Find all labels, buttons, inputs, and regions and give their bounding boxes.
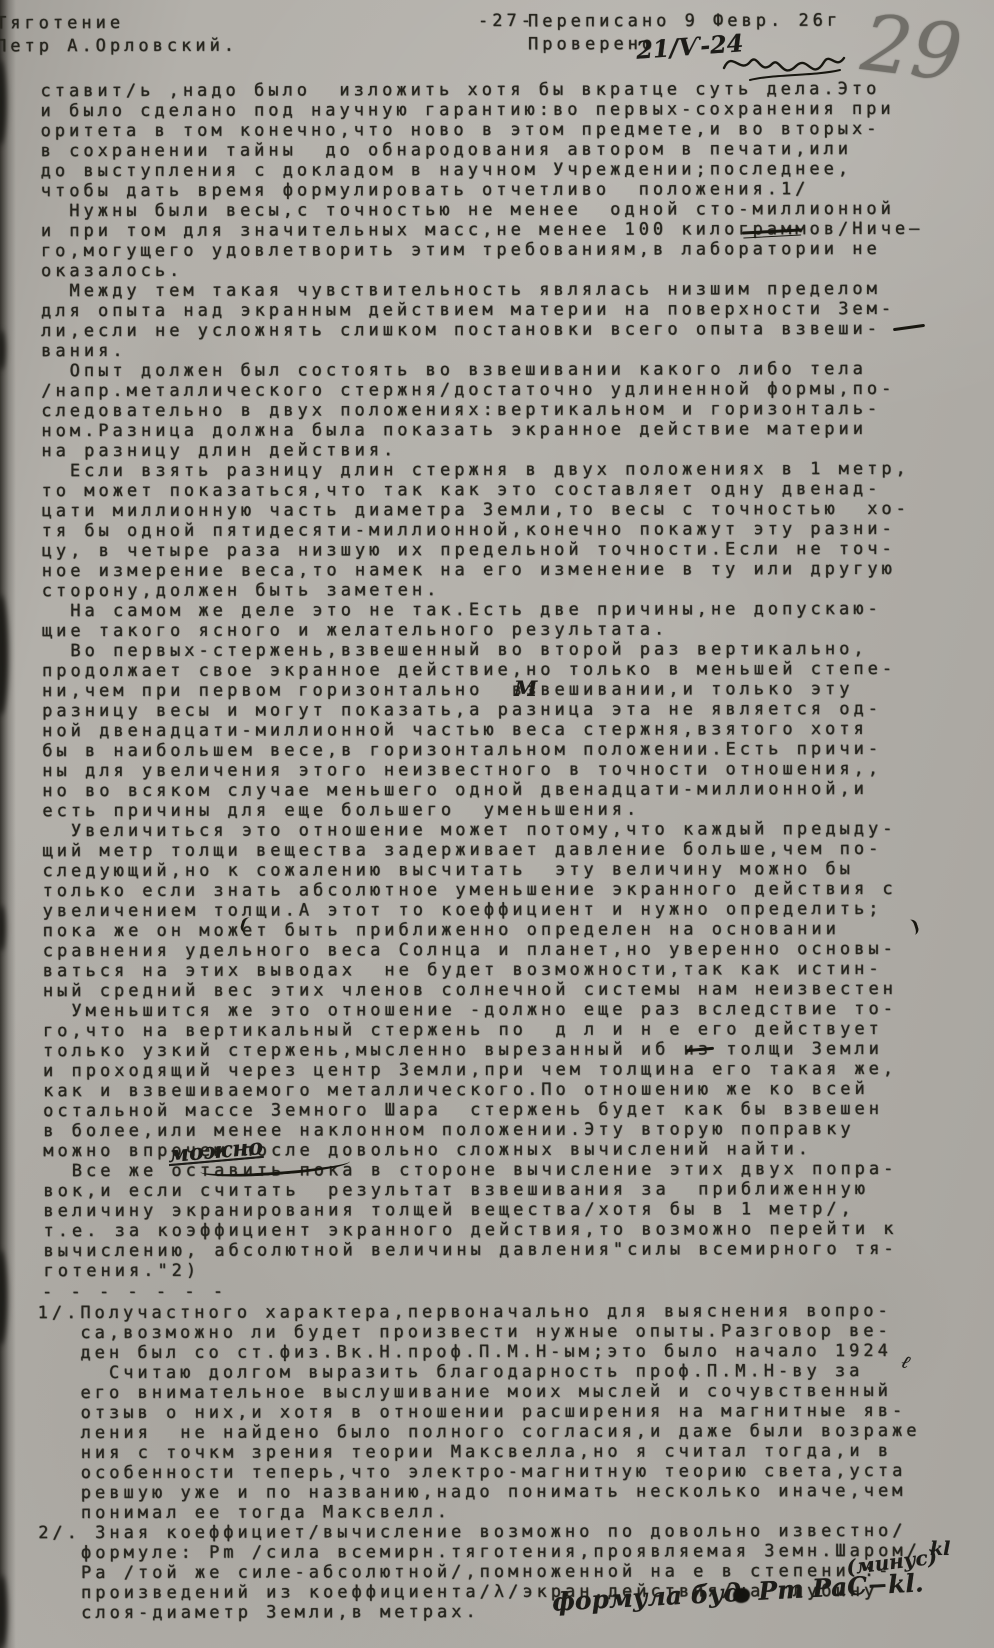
scanned-document-page: Тяготение Петр А.Орловский. -27- Перепис… — [0, 0, 994, 1648]
typed-body-text: ставит/ь ,надо было изложить хотя бы вкр… — [40, 79, 926, 1281]
handwritten-letter-m: М — [514, 676, 537, 701]
binding-edge-shadow — [0, 0, 16, 1648]
footnote-separator: - - - - - - - — [42, 1282, 227, 1302]
document-author: Петр А.Орловский. — [0, 36, 238, 57]
document-title: Тяготение — [0, 13, 124, 33]
page-number: -27- — [478, 10, 535, 33]
document-title-block: Тяготение Петр А.Орловский. — [0, 12, 238, 59]
transcribed-note: Переписано 9 Февр. 26г — [528, 11, 841, 32]
